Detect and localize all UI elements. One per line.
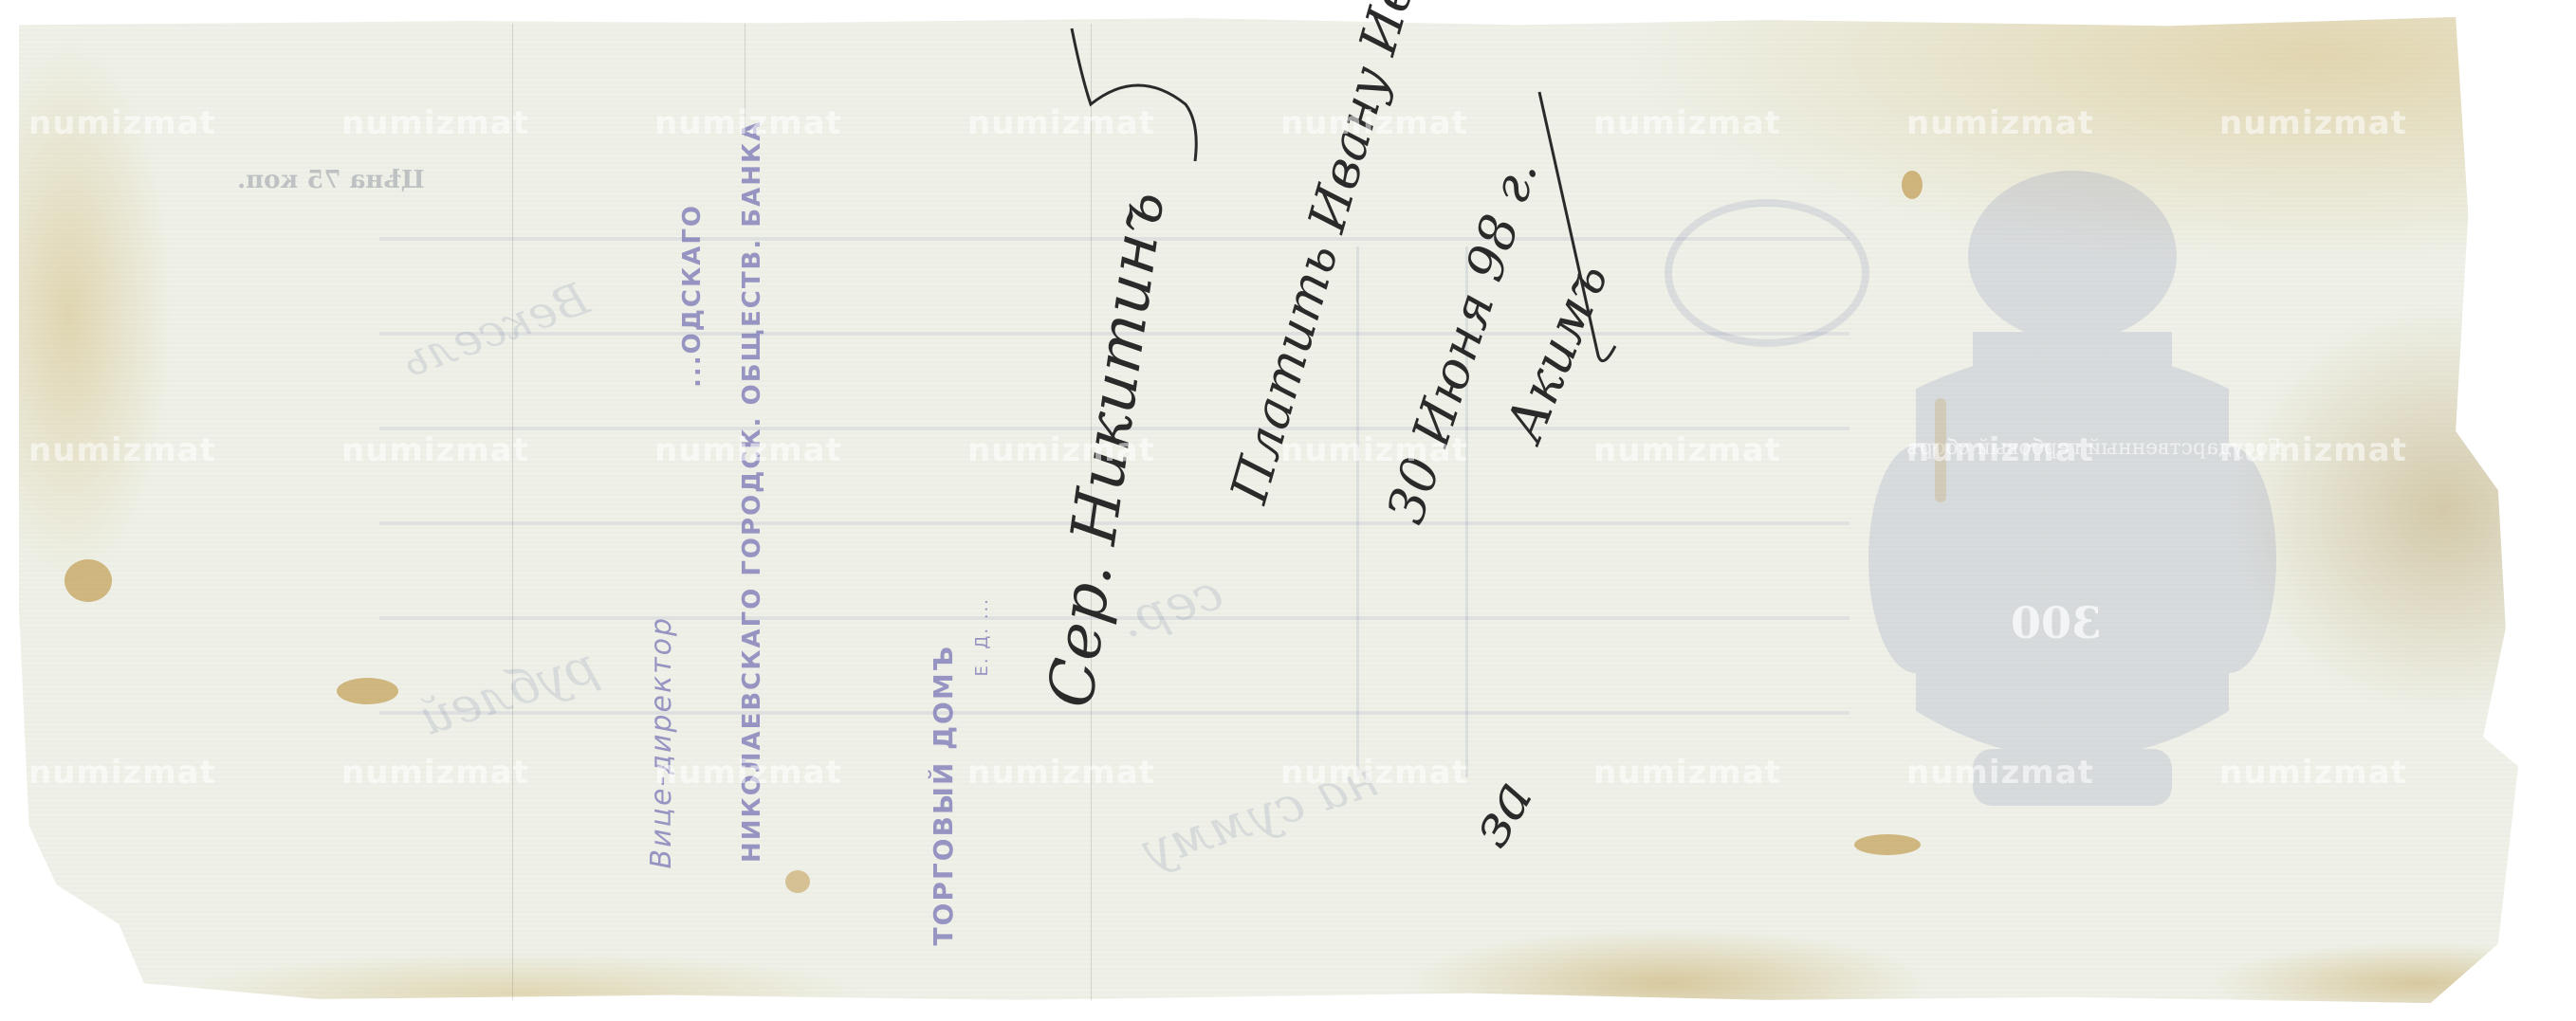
watermark-text: numizmat xyxy=(341,104,529,142)
watermark-text: numizmat xyxy=(654,431,842,469)
watermark-text: numizmat xyxy=(1280,104,1468,142)
watermark-text: numizmat xyxy=(341,431,529,469)
watermark-text: numizmat xyxy=(654,754,842,792)
watermark-text: numizmat xyxy=(2219,754,2407,792)
watermark-text: numizmat xyxy=(1906,431,2094,469)
watermark-text: numizmat xyxy=(967,104,1155,142)
watermark-text: numizmat xyxy=(1593,431,1781,469)
watermark-text: numizmat xyxy=(1593,754,1781,792)
watermark-text: numizmat xyxy=(1280,431,1468,469)
watermark-text: numizmat xyxy=(1906,754,2094,792)
watermark-text: numizmat xyxy=(1906,104,2094,142)
watermark-text: numizmat xyxy=(2219,104,2407,142)
watermark-text: numizmat xyxy=(28,754,216,792)
watermark-text: numizmat xyxy=(967,431,1155,469)
watermark-text: numizmat xyxy=(967,754,1155,792)
watermark-text: numizmat xyxy=(341,754,529,792)
watermark-text: numizmat xyxy=(654,104,842,142)
watermark-text: numizmat xyxy=(28,104,216,142)
watermark-text: numizmat xyxy=(1593,104,1781,142)
watermark-text: numizmat xyxy=(28,431,216,469)
watermark-row: numizmat numizmat numizmat numizmat numi… xyxy=(0,0,2576,1021)
watermark-text: numizmat xyxy=(1280,754,1468,792)
watermark-text: numizmat xyxy=(2219,431,2407,469)
